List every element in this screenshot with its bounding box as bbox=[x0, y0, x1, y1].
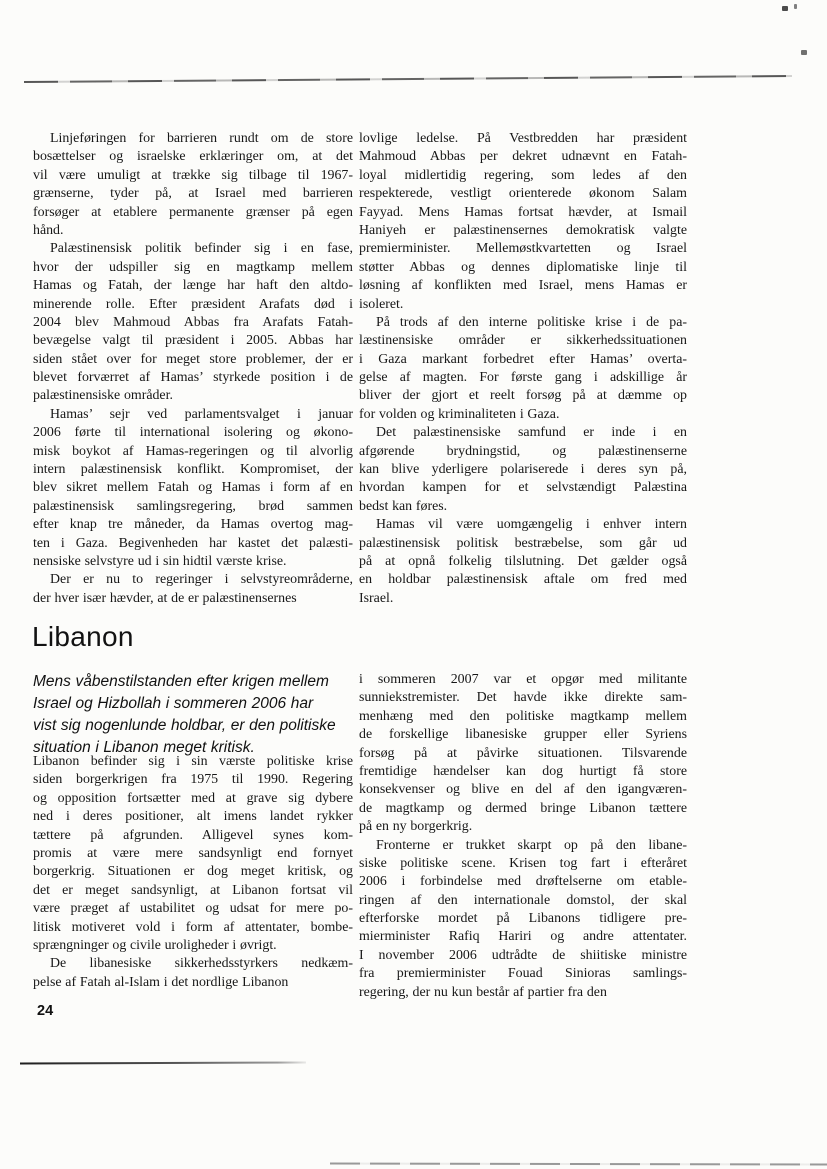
text-line: Mahmoud Abbas per dekret udnævnt en Fata… bbox=[359, 148, 687, 166]
text-line: Libanon befinder sig i sin værste politi… bbox=[33, 753, 353, 771]
text-line: regering, der nu kun består af partier f… bbox=[359, 984, 687, 1002]
text-line: Mens våbenstilstanden efter krigen melle… bbox=[33, 671, 363, 693]
text-line: Israel og Hizbollah i sommeren 2006 har bbox=[33, 693, 363, 715]
text-line: fremtidige hændelser kan dog hurtigt få … bbox=[359, 763, 687, 781]
text-line: forsøger at etablere permanente grænser … bbox=[33, 204, 353, 222]
text-line: for volden og kriminaliteten i Gaza. bbox=[359, 406, 687, 424]
text-line: Det palæstinensiske samfund er inde i en bbox=[359, 424, 687, 442]
section-standfirst: Mens våbenstilstanden efter krigen melle… bbox=[33, 671, 363, 759]
text-line: bosættelser og israelske erklæringer om,… bbox=[33, 148, 353, 166]
text-line: vist sig nogenlunde holdbar, er den poli… bbox=[33, 715, 363, 737]
text-line: blev sikret mellem Fatah og Hamas i form… bbox=[33, 479, 353, 497]
text-line: promis at være mere sandsynligt end forn… bbox=[33, 845, 353, 863]
text-line: ned i deres positioner, alt imens landet… bbox=[33, 808, 353, 826]
scan-speck bbox=[782, 6, 788, 11]
text-line: kan blive yderligere polariserede i dere… bbox=[359, 461, 687, 479]
text-line: konsekvenser og blive en del af den igan… bbox=[359, 781, 687, 799]
text-line: bedst kan føres. bbox=[359, 498, 687, 516]
text-line: læstinensiske områder er sikkerhedssitua… bbox=[359, 332, 687, 350]
text-line: mierminister Rafiq Hariri og andre atten… bbox=[359, 928, 687, 946]
text-line: Fayyad. Mens Hamas fortsat hævder, at Is… bbox=[359, 204, 687, 222]
text-line: palæstinensisk samlingsregering, brød sa… bbox=[33, 498, 353, 516]
text-line: 2006 i forbindelse med drøftelserne om e… bbox=[359, 873, 687, 891]
text-line: På trods af den interne politiske krise … bbox=[359, 314, 687, 332]
libanon-left-column: Libanon befinder sig i sin værste politi… bbox=[33, 753, 353, 992]
text-line: de magtkamp og dermed bringe Libanon tæt… bbox=[359, 800, 687, 818]
text-line: siske politiske scene. Krisen tog fart i… bbox=[359, 855, 687, 873]
text-line: det er meget sandsynligt, at Libanon for… bbox=[33, 882, 353, 900]
text-line: borgerkrig. Situationen er dog meget kri… bbox=[33, 863, 353, 881]
text-line: minerende rolle. Efter præsident Arafats… bbox=[33, 296, 353, 314]
text-line: nensiske selvstyre ud i sin hidtil værst… bbox=[33, 553, 353, 571]
page-number: 24 bbox=[37, 1003, 53, 1019]
article-top-left-column: Linjeføringen for barrieren rundt om de … bbox=[33, 130, 353, 608]
bottom-right-scan-rule bbox=[330, 1162, 827, 1165]
text-line: de forskellige libanesiske grupper eller… bbox=[359, 726, 687, 744]
text-line: hånd. bbox=[33, 222, 353, 240]
text-line: De libanesiske sikkerhedsstyrkers nedkæm… bbox=[33, 955, 353, 973]
text-line: Hamas’ sejr ved parlamentsvalget i janua… bbox=[33, 406, 353, 424]
text-line: en holdbar palæstinensisk aftale om fred… bbox=[359, 571, 687, 589]
text-line: gelse af magten. For første gang i adski… bbox=[359, 369, 687, 387]
text-line: tættere på afgrunden. Alligevel synes ko… bbox=[33, 827, 353, 845]
text-line: i Gaza markant forbedret efter Hamas’ ov… bbox=[359, 351, 687, 369]
text-line: palæstinensiske områder. bbox=[33, 387, 353, 405]
text-line: Hamas og Fatah, der længe har haft den a… bbox=[33, 277, 353, 295]
text-line: Der er nu to regeringer i selvstyreområd… bbox=[33, 571, 353, 589]
bottom-left-scan-rule bbox=[20, 1062, 306, 1065]
text-line: afgørende brydningstid, og palæstinenser… bbox=[359, 443, 687, 461]
text-line: støtter Abbas og dennes diplomatiske lin… bbox=[359, 259, 687, 277]
text-line: forsøg på at påvirke situationen. Tilsva… bbox=[359, 745, 687, 763]
text-line: 2006 førte til international isolering o… bbox=[33, 424, 353, 442]
text-line: løsning af konflikten med Israel, mens H… bbox=[359, 277, 687, 295]
text-line: siden borgerkrigen fra 1975 til 1990. Re… bbox=[33, 771, 353, 789]
text-line: ringen af den internationale domstol, de… bbox=[359, 892, 687, 910]
article-top-right-column: lovlige ledelse. På Vestbredden har præs… bbox=[359, 130, 687, 608]
text-line: palæstinensisk politisk bestræbelse, som… bbox=[359, 535, 687, 553]
text-line: Hamas vil være uomgængelig i enhver inte… bbox=[359, 516, 687, 534]
top-scan-rule bbox=[24, 75, 792, 83]
text-line: respekterede, vestligt orienterede økono… bbox=[359, 185, 687, 203]
text-line: siden stået over for meget store problem… bbox=[33, 351, 353, 369]
text-line: premierminister. Mellemøstkvartetten og … bbox=[359, 240, 687, 258]
scanned-page: Linjeføringen for barrieren rundt om de … bbox=[0, 0, 827, 1169]
text-line: hvor der udspiller sig en magtkamp melle… bbox=[33, 259, 353, 277]
text-line: bliver der gjort et reelt forsøg på at d… bbox=[359, 387, 687, 405]
text-line: Fronterne er trukket skarpt op på den li… bbox=[359, 837, 687, 855]
text-line: misk boykot af Hamas-regeringen og til a… bbox=[33, 443, 353, 461]
text-line: på at opnå folkelig tilslutning. Det gæl… bbox=[359, 553, 687, 571]
scan-speck bbox=[801, 50, 807, 55]
text-line: isoleret. bbox=[359, 296, 687, 314]
text-line: sunniekstremister. Det havde ikke direkt… bbox=[359, 689, 687, 707]
text-line: bevægelse valgt til præsident i 2005. Ab… bbox=[33, 332, 353, 350]
text-line: lovlige ledelse. På Vestbredden har præs… bbox=[359, 130, 687, 148]
text-line: efter knap tre måneder, da Hamas overtog… bbox=[33, 516, 353, 534]
text-line: Israel. bbox=[359, 590, 687, 608]
text-line: og opposition fortsætter med at grave si… bbox=[33, 790, 353, 808]
text-line: intern palæstinensisk konflikt. Kompromi… bbox=[33, 461, 353, 479]
text-line: i sommeren 2007 var et opgør med militan… bbox=[359, 671, 687, 689]
text-line: ten i Gaza. Begivenheden har kastet det … bbox=[33, 535, 353, 553]
text-line: I november 2006 udtrådte de shiitiske mi… bbox=[359, 947, 687, 965]
text-line: efterforske mordet på Libanons tidligere… bbox=[359, 910, 687, 928]
text-line: Palæstinensisk politik befinder sig i en… bbox=[33, 240, 353, 258]
text-line: der hver især hævder, at de er palæstine… bbox=[33, 590, 353, 608]
text-line: hvordan kampen for et selvstændigt Palæs… bbox=[359, 479, 687, 497]
text-line: grænserne, tyder på, at Israel med barri… bbox=[33, 185, 353, 203]
text-line: være præget af ustabilitet og udsat for … bbox=[33, 900, 353, 918]
text-line: på en ny borgerkrig. bbox=[359, 818, 687, 836]
text-line: fra premierminister Fouad Sinioras samli… bbox=[359, 965, 687, 983]
libanon-right-column: i sommeren 2007 var et opgør med militan… bbox=[359, 671, 687, 1002]
text-line: vil være umuligt at trække sig tilbage t… bbox=[33, 167, 353, 185]
text-line: sprængninger og civile uroligheder i øvr… bbox=[33, 937, 353, 955]
section-heading-libanon: Libanon bbox=[32, 621, 134, 653]
text-line: litisk motiveret vold i form af attentat… bbox=[33, 919, 353, 937]
text-line: Haniyeh er palæstinensernes demokratisk … bbox=[359, 222, 687, 240]
text-line: blevet forværret af Hamas’ styrkede posi… bbox=[33, 369, 353, 387]
text-line: Linjeføringen for barrieren rundt om de … bbox=[33, 130, 353, 148]
text-line: loyal midlertidig regering, som ledes af… bbox=[359, 167, 687, 185]
scan-speck bbox=[794, 4, 797, 9]
text-line: 2004 blev Mahmoud Abbas fra Arafats Fata… bbox=[33, 314, 353, 332]
text-line: pelse af Fatah al-Islam i det nordlige L… bbox=[33, 974, 353, 992]
text-line: menhæng med den politiske magtkamp melle… bbox=[359, 708, 687, 726]
